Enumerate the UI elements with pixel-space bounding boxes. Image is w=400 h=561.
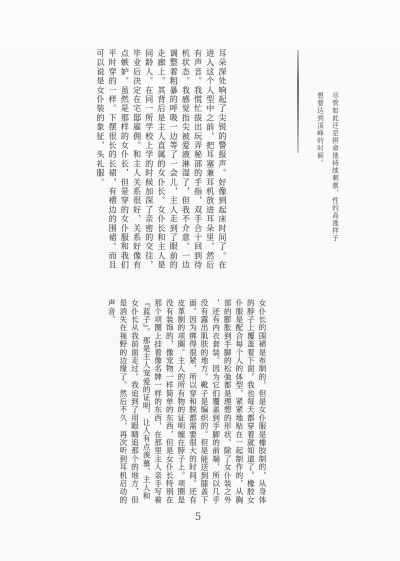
text-column: 那个项圈上挂着像名牌一样的东西，在那里主人亲手写着 xyxy=(152,299,164,515)
text-column: 的脖子上覆盖着下面。我也每天都穿着就知道了。橡胶女 xyxy=(245,299,257,515)
text-column: 进入这个人型中之前，把耳塞兼耳机放进耳朵里，然后 xyxy=(204,49,216,277)
text-column: 仆服是配合每个人的体型，紧紧地贴在一起制作的，从胸 xyxy=(233,299,245,515)
text-column: 『蓝子』。那是主人宠爱的证明，让人有点羡慕。主人和 xyxy=(140,299,152,515)
text-column: 女仆长从我前面走过。我追到了用眼睛追那个的地方，但 xyxy=(129,299,141,515)
text-column: 没有装饰的，像宠物一样简单的东西，但是女仆长特别在 xyxy=(164,299,176,515)
note-column: 想要达到顶峰的时候。 xyxy=(312,92,327,242)
text-column: 走廊上。其背后是主人直属的女仆长。女仆长和主人是 xyxy=(155,49,167,277)
text-column: 是消失在视野的边缘了。然后不久，再次听到耳机启动的 xyxy=(117,299,129,515)
book-page: 尽管如此还是拼命地持续刺激，性的高涨样子 想要达到顶峰的时候。 耳朵深处响起了尖… xyxy=(0,0,400,561)
text-column: 部的膨胀到手脚的松弛都是理想的形状。除了女仆装之外 xyxy=(222,299,234,515)
text-column: 女仆长的围裙是布制的，但是女仆服是橡胶制的，从身体 xyxy=(256,299,268,515)
text-column: 声音。 xyxy=(106,299,118,515)
text-column: 机状态。我感觉指尖被爱液淋湿了，但我不介意。一边 xyxy=(179,49,191,277)
note-block: 尽管如此还是拼命地持续刺激，性的高涨样子 想要达到顶峰的时候。 xyxy=(310,92,342,242)
text-column: 皮革制的项圈。主人的所有物的证明缠在脖子上。项圈是 xyxy=(175,299,187,515)
text-column: 没有露出肌肤的地方。靴子是编织的。但是能送到膝盖下 xyxy=(198,299,210,515)
text-column: 点嫉妒。虽然是那样的女仆长，但是穿的女仆服和我们 xyxy=(118,49,130,277)
margin-divider-line xyxy=(297,50,299,153)
text-column: 同龄人。在同一所学校上学的时候加深了亲密的交往， xyxy=(143,49,155,277)
upper-paragraph-block: 耳朵深处响起了尖锐的警报声。好像到起床时间了。在 进入这个人型中之前，把耳塞兼耳… xyxy=(92,49,228,277)
lower-paragraph-block: 女仆长的围裙是布制的，但是女仆服是橡胶制的，从身体 的脖子上覆盖着下面。我也每天… xyxy=(104,299,268,515)
text-column: ，还有内衣套装。因为它们覆盖到手脚的前端，所以几乎 xyxy=(210,299,222,515)
text-column: 耳朵深处响起了尖锐的警报声。好像到起床时间了。在 xyxy=(216,49,228,277)
text-column: 毕业后决定在宅邸雇佣。和主人关系很好，关系好像有 xyxy=(130,49,142,277)
text-column: 面。因为绑得很紧，所以穿和脱都需要很大的时间。还有 xyxy=(187,299,199,515)
text-column: 平时穿的一样。下摆很长的长裙，有褶边的围裙。而且 xyxy=(106,49,118,277)
text-column: 调整着粗暴的呼吸一边等了一会儿，主人走到了眼前的 xyxy=(167,49,179,277)
note-column: 尽管如此还是拼命地持续刺激，性的高涨样子 xyxy=(327,92,342,242)
text-column: 有声音。我慌忙拔出玩弄秘部的手指，双手合十回到待 xyxy=(191,49,203,277)
text-column: 可以说是女仆装的象征，头礼服。 xyxy=(94,49,106,277)
page-number: 5 xyxy=(0,512,396,523)
